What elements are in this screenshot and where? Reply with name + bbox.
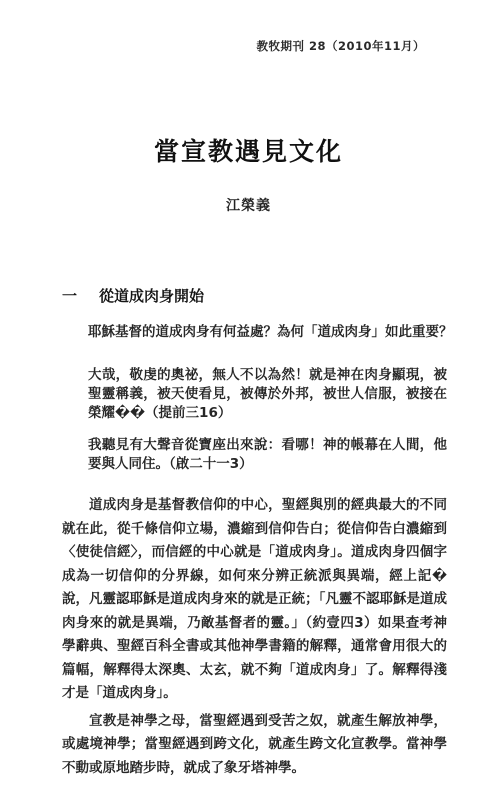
intro-question: 耶穌基督的道成肉身有何益處？為何「道成肉身」如此重要？ — [88, 322, 453, 343]
body-paragraph-1: 道成肉身是基督教信仰的中心，聖經與別的經典最大的不同就在此，從千條信仰立場，濃縮… — [62, 494, 447, 706]
section-heading-text: 從道成肉身開始 — [99, 285, 204, 306]
article-title: 當宣教遇見文化 — [0, 132, 497, 168]
scripture-quote-1: 大哉，敬虔的奧祕，無人不以為然！就是神在肉身顯現，被聖靈稱義，被天使看見，被傳於… — [88, 366, 447, 423]
body-paragraph-2: 宣教是神學之母，當聖經遇到受苦之奴，就產生解放神學，或處境神學；當聖經遇到跨文化… — [62, 710, 447, 781]
journal-header: 教牧期刊 28（2010年11月） — [0, 0, 497, 54]
scripture-quote-2: 我聽見有大聲音從寶座出來說：看哪！神的帳幕在人間，他要與人同住。（啟二十一3） — [88, 436, 447, 474]
article-author: 江榮義 — [0, 195, 497, 215]
section-heading: 一 從道成肉身開始 — [62, 285, 497, 306]
document-page: 教牧期刊 28（2010年11月） 當宣教遇見文化 江榮義 一 從道成肉身開始 … — [0, 0, 497, 786]
section-number: 一 — [62, 285, 77, 306]
